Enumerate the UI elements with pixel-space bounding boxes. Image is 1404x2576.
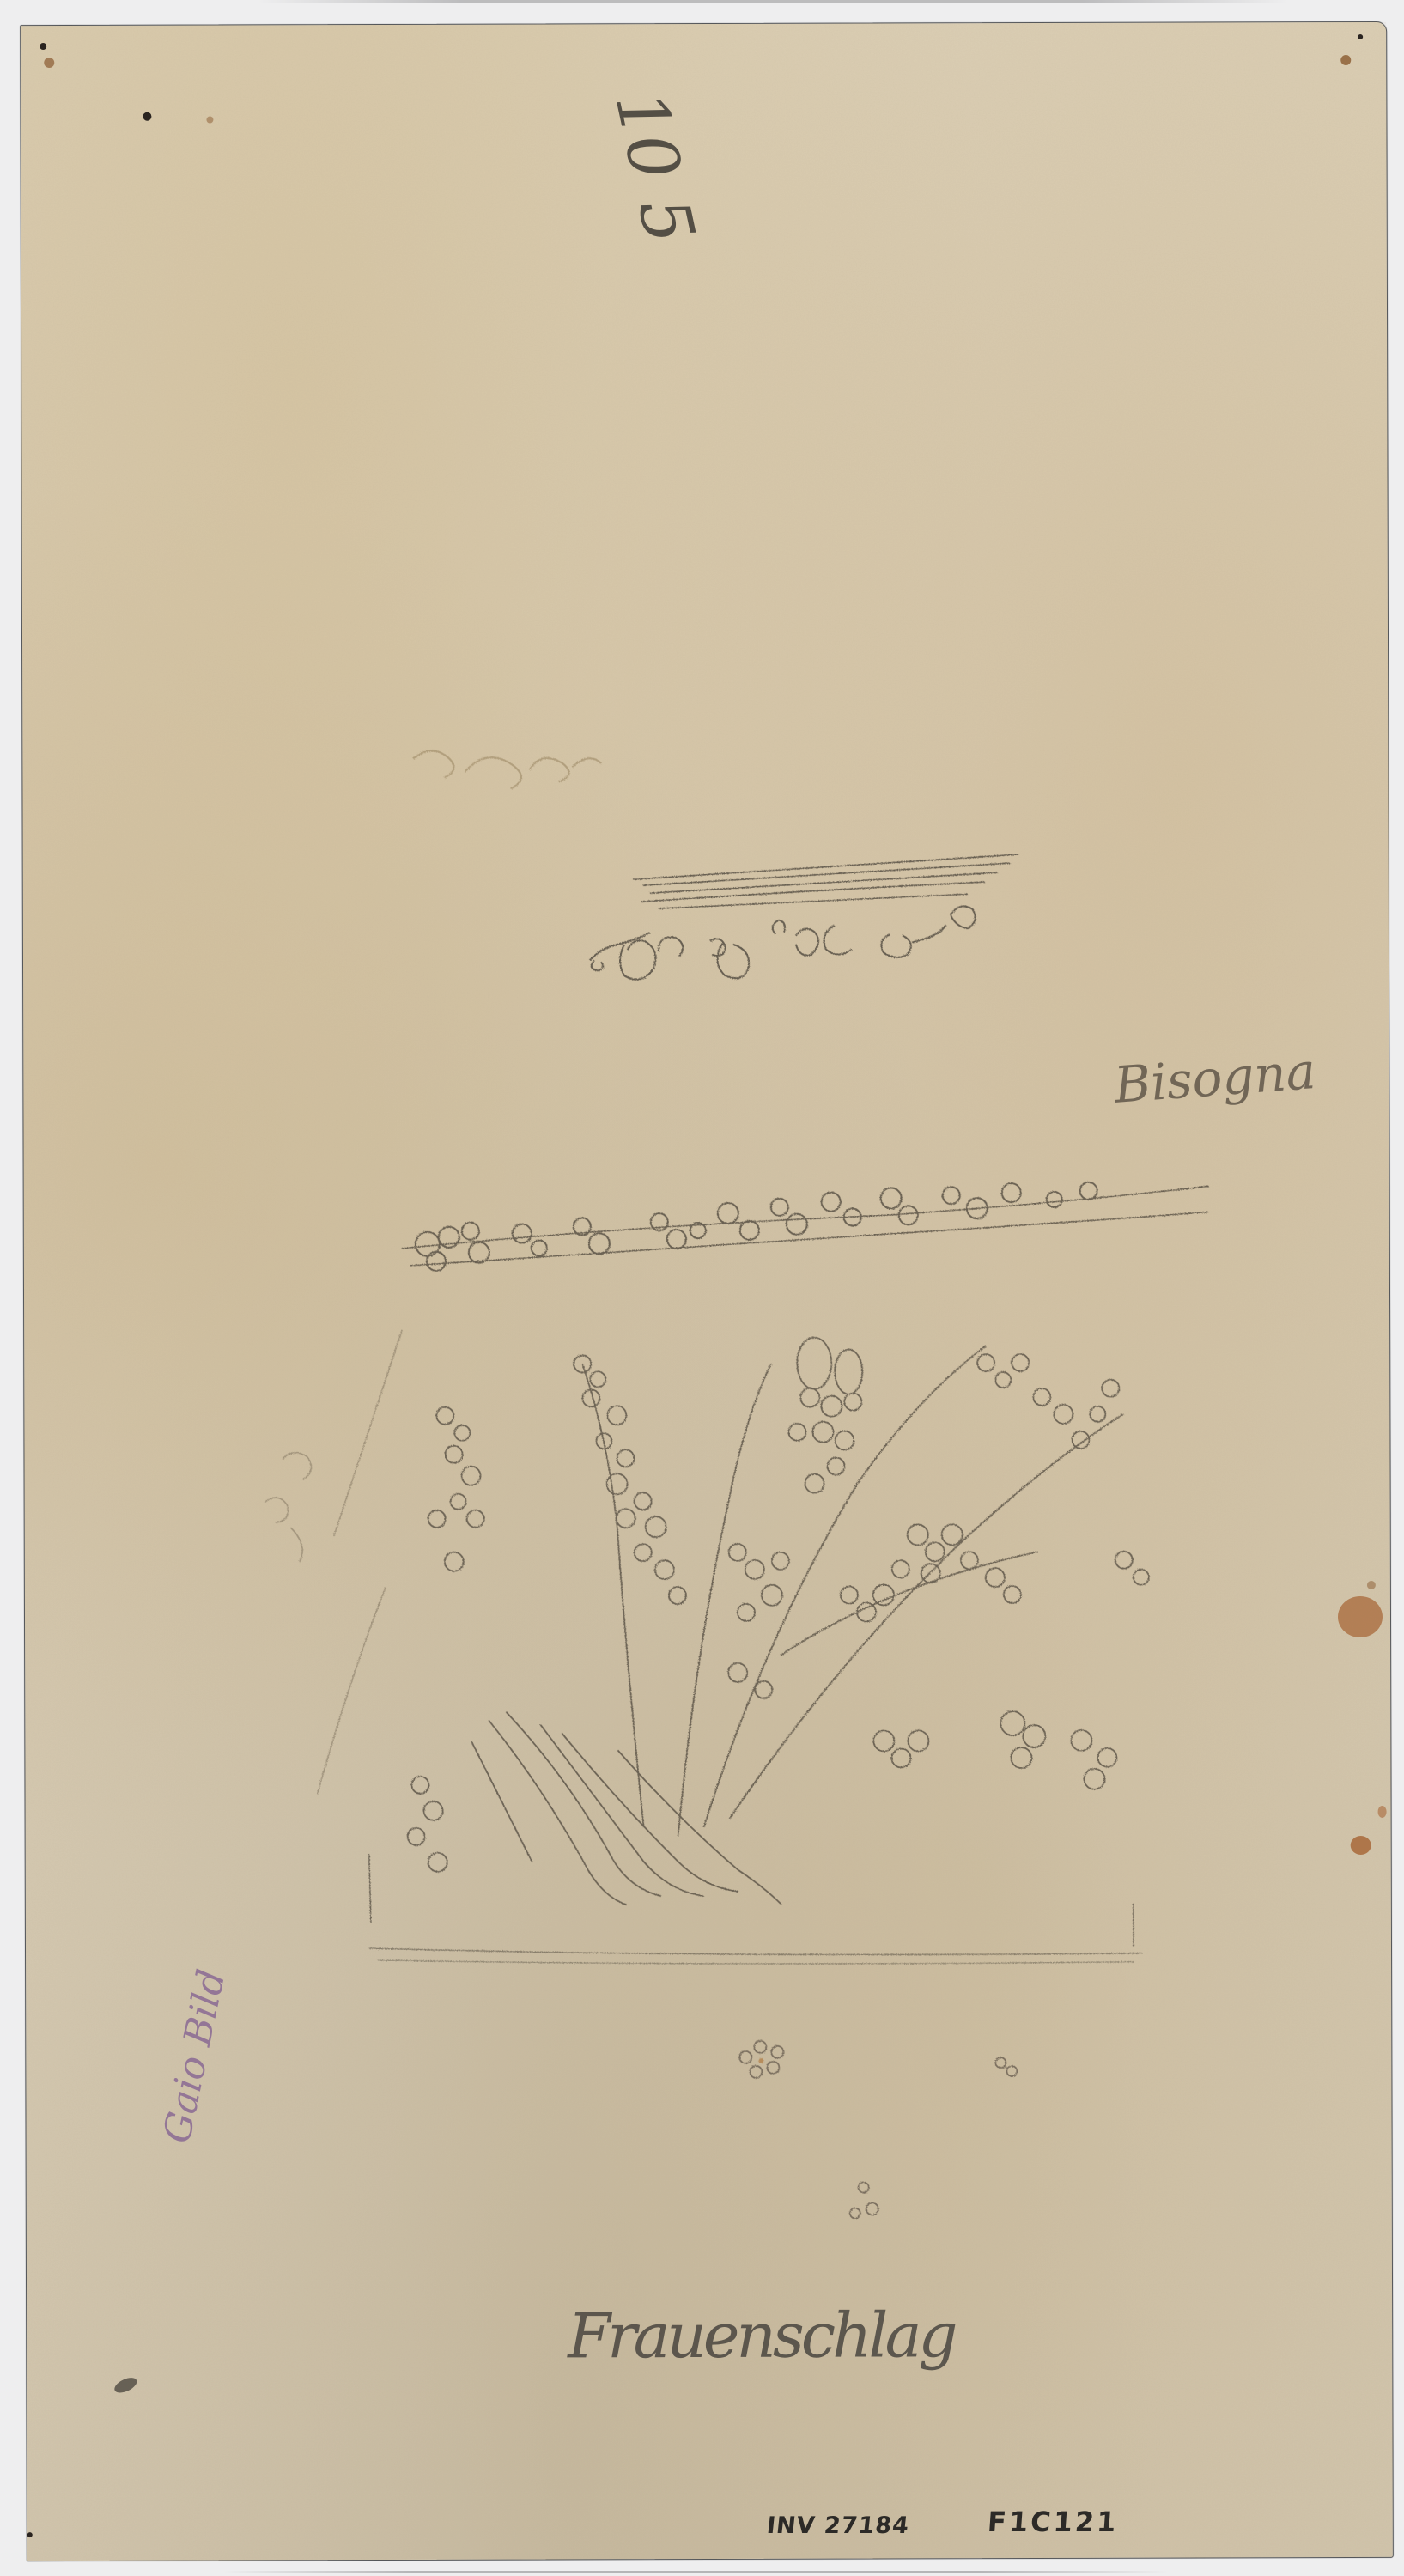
- scan-edge-shadow-top: [258, 0, 1288, 3]
- scan-edge-shadow-bottom: [223, 2571, 1168, 2573]
- inventory-number-label: INV 27184: [765, 2512, 910, 2539]
- dot-lower-left: [27, 2532, 33, 2537]
- stain-right-edge: [1338, 1596, 1383, 1637]
- signature-inscription: Frauenschlag: [568, 2299, 955, 2372]
- location-code-label: F1C121: [987, 2506, 1120, 2538]
- paper-grain: [21, 22, 1393, 2561]
- paper-sheet: 10 5 Bisogna Gaio Bild Frauenschlag: [20, 21, 1394, 2561]
- sketch-layer: [21, 22, 1393, 2561]
